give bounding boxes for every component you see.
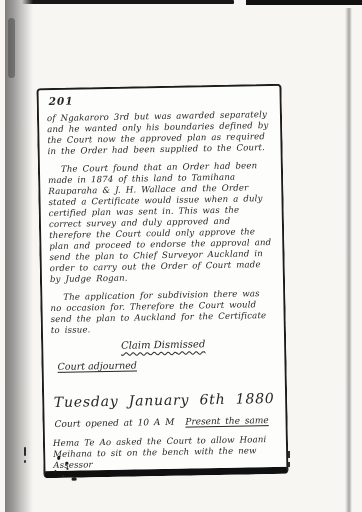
ink-blot: [66, 468, 68, 470]
paragraph-request: Hema Te Ao asked the Court to allow Hoan…: [53, 435, 278, 472]
session-date-heading: Tuesday January 6th 1880: [52, 391, 276, 411]
paragraph-application: The application for subdivision there wa…: [50, 289, 275, 337]
ink-blot: [72, 478, 77, 481]
ink-blot: [65, 462, 68, 465]
paragraph-continuation: of Ngakaroro 3rd but was awarded separat…: [47, 110, 272, 158]
page-frame: 201 of Ngakaroro 3rd but was awarded sep…: [36, 84, 288, 478]
scan-artifact: [24, 447, 26, 456]
page-number: 201: [49, 92, 271, 108]
claim-dismissed-note: Claim Dismissed: [51, 338, 275, 353]
scan-top-edge-line: [22, 0, 234, 4]
scanned-minute-book-page: 201 of Ngakaroro 3rd but was awarded sep…: [0, 0, 362, 512]
court-opened-text: Court opened at 10 A M: [55, 418, 175, 430]
scan-artifact: [24, 460, 26, 463]
paragraph-court-finding: The Court found that an Order had been m…: [48, 161, 274, 286]
ink-blot: [54, 470, 56, 473]
scan-artifact: [288, 451, 290, 458]
present-note: Present the same: [185, 416, 269, 428]
scan-top-edge-line: [246, 0, 362, 5]
court-adjourned-note: Court adjourned: [57, 358, 275, 373]
court-opened-line: Court opened at 10 A M Present the same: [55, 416, 277, 430]
ink-blot: [57, 456, 60, 460]
book-gutter-shadow: [8, 18, 15, 78]
scan-artifact: [288, 462, 290, 467]
page-edge-line: [345, 8, 352, 512]
ink-blot: [61, 474, 65, 477]
